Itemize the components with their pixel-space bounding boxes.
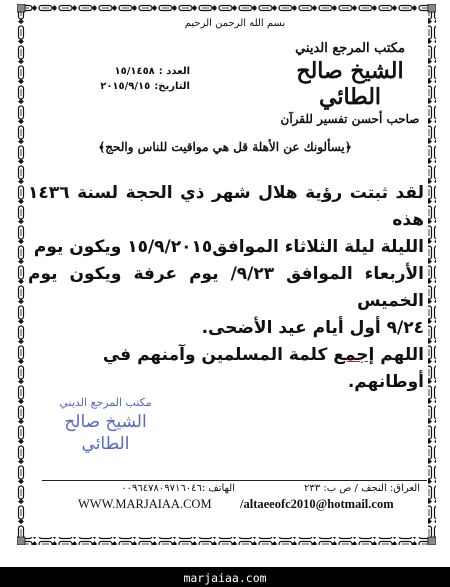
basmala: بسم الله الرحمن الرحيم <box>150 18 320 29</box>
spellcheck-word: إجمع <box>333 345 374 365</box>
sheikh-name: الشيخ صالح الطائي <box>280 58 420 110</box>
date-row: التاريخ: ٢٠١٥/٩/١٥ <box>70 79 190 94</box>
office-stamp: مكتب المرجع الديني الشيخ صالح الطائي <box>48 395 163 455</box>
date-label: التاريخ: <box>154 79 190 94</box>
footer-phone: الهاتف :٠٠٩٦٤٧٨٠٩٧١٦٠٤٦ <box>60 482 235 495</box>
footer-address: العراق: النجف / ص ب: ٢٣٣ <box>270 482 420 495</box>
stamp-sheikh-name: الشيخ صالح الطائي <box>48 411 163 455</box>
stamp-office-title: مكتب المرجع الديني <box>48 395 163 411</box>
body-line-3: الأربعاء الموافق ٩/٢٣/ يوم عرفة ويكون يو… <box>28 261 424 315</box>
letter-page: بسم الله الرحمن الرحيم مكتب المرجع الدين… <box>0 0 450 567</box>
footer-email[interactable]: /altaeeofc2010@hotmail.com <box>240 497 420 512</box>
body-line-4: ٩/٢٤ أول أيام عيد الأضحى. <box>28 315 424 342</box>
reference-block: العدد : ١٥/١٤٥٨ التاريخ: ٢٠١٥/٩/١٥ <box>70 64 190 94</box>
body-line-1: لقد ثبتت رؤية هلال شهر ذي الحجة لسنة ١٤٣… <box>28 180 424 234</box>
body-line-2: الليلة ليلة الثلاثاء الموافق١٥/٩/٢٠١٥ وي… <box>28 234 424 261</box>
reference-label: العدد : <box>159 64 190 79</box>
announcement-body: لقد ثبتت رؤية هلال شهر ذي الحجة لسنة ١٤٣… <box>28 180 424 396</box>
prayer-start: اللهم <box>374 345 424 365</box>
footer-website[interactable]: WWW.MARJAIAA.COM <box>78 497 238 512</box>
reference-value: ١٥/١٤٥٨ <box>115 64 155 79</box>
quran-verse: ﴿يسألونك عن الأهلة قل هي مواقيت للناس وا… <box>40 140 410 154</box>
watermark-bar: marjaiaa.com <box>0 567 450 587</box>
sheikh-subtitle: صاحب أحسن تفسير للقرآن <box>280 110 420 128</box>
watermark-text: marjaiaa.com <box>183 571 266 585</box>
footer-divider <box>42 480 427 481</box>
date-value: ٢٠١٥/٩/١٥ <box>100 79 150 94</box>
body-line-5: اللهم إجمع كلمة المسلمين وآمنهم في أوطان… <box>28 342 424 396</box>
office-title: مكتب المرجع الديني <box>280 40 420 58</box>
reference-number-row: العدد : ١٥/١٤٥٨ <box>70 64 190 79</box>
letterhead-office: مكتب المرجع الديني الشيخ صالح الطائي صاح… <box>280 40 420 128</box>
